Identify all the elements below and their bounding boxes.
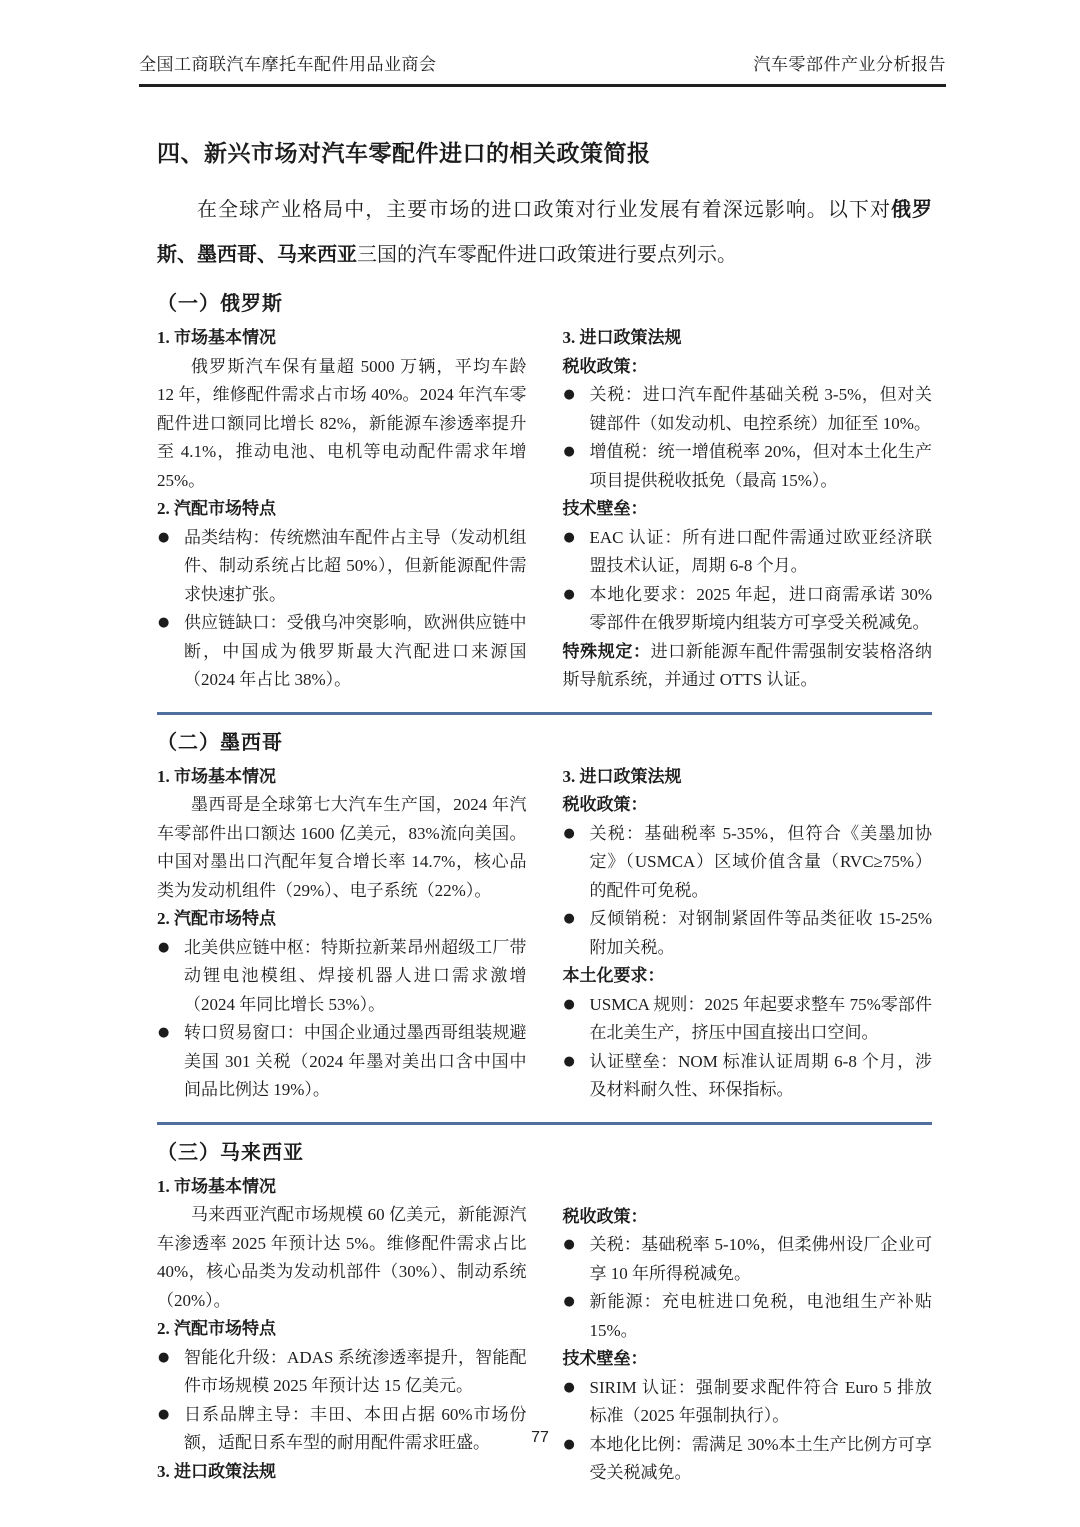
bullet-icon: ●: [158, 1019, 169, 1048]
section-left-column: 1. 市场基本情况俄罗斯汽车保有量超 5000 万辆，平均车龄 12 年，维修配…: [157, 324, 527, 695]
section-divider: [157, 1122, 932, 1125]
subheading: 3. 进口政策法规: [157, 1458, 527, 1487]
bullet-icon: ●: [564, 905, 575, 934]
section-columns: 1. 市场基本情况墨西哥是全球第七大汽车生产国，2024 年汽车零部件出口额达 …: [157, 763, 932, 1105]
body-paragraph: 墨西哥是全球第七大汽车生产国，2024 年汽车零部件出口额达 1600 亿美元，…: [157, 791, 527, 905]
bullet-text: 北美供应链中枢：特斯拉新莱昂州超级工厂带动锂电池模组、焊接机器人进口需求激增（2…: [184, 938, 527, 1014]
body-paragraph: 马来西亚汽配市场规模 60 亿美元，新能源汽车渗透率 2025 年预计达 5%。…: [157, 1201, 527, 1315]
page-body: 四、新兴市场对汽车零配件进口的相关政策简报 在全球产业格局中，主要市场的进口政策…: [157, 135, 932, 1488]
bullet-icon: ●: [564, 381, 575, 410]
bullet-text: USMCA 规则：2025 年起要求整车 75%零部件在北美生产，挤压中国直接出…: [590, 995, 933, 1043]
section-right-column: 3. 进口政策法规税收政策：●关税：基础税率 5-35%，但符合《美墨加协定》（…: [563, 763, 933, 1105]
bullet-text: 新能源：充电桩进口免税，电池组生产补贴 15%。: [590, 1292, 933, 1340]
bullet-item: ●USMCA 规则：2025 年起要求整车 75%零部件在北美生产，挤压中国直接…: [563, 991, 933, 1048]
subheading: 2. 汽配市场特点: [157, 1315, 527, 1344]
subheading: 技术壁垒：: [563, 495, 933, 524]
bullet-item: ●本地化要求：2025 年起，进口商需承诺 30%零部件在俄罗斯境内组装方可享受…: [563, 581, 933, 638]
bullet-text: 增值税：统一增值税率 20%，但对本土化生产项目提供税收抵免（最高 15%）。: [590, 442, 933, 490]
section-left-column: 1. 市场基本情况墨西哥是全球第七大汽车生产国，2024 年汽车零部件出口额达 …: [157, 763, 527, 1105]
bullet-icon: ●: [158, 934, 169, 963]
bullet-icon: ●: [564, 524, 575, 553]
bullet-icon: ●: [158, 609, 169, 638]
page-header: 全国工商联汽车摩托车配件用品业商会 汽车零部件产业分析报告: [139, 50, 946, 87]
subheading: 技术壁垒：: [563, 1345, 933, 1374]
bullet-item: ●品类结构：传统燃油车配件占主导（发动机组件、制动系统占比超 50%），但新能源…: [157, 524, 527, 610]
bullet-item: ●关税：基础税率 5-10%，但柔佛州设厂企业可享 10 年所得税减免。: [563, 1231, 933, 1288]
header-right-text: 汽车零部件产业分析报告: [754, 50, 947, 75]
lead-label: 特殊规定：: [563, 642, 651, 661]
section-russia: （一）俄罗斯 1. 市场基本情况俄罗斯汽车保有量超 5000 万辆，平均车龄 1…: [157, 288, 932, 695]
subheading: 3. 进口政策法规: [563, 763, 933, 792]
bullet-text: 关税：进口汽车配件基础关税 3-5%，但对关键部件（如发动机、电控系统）加征至 …: [590, 385, 933, 433]
bullet-item: ●反倾销税：对钢制紧固件等品类征收 15-25%附加关税。: [563, 905, 933, 962]
subheading: 税收政策：: [563, 1203, 933, 1232]
subheading: 1. 市场基本情况: [157, 763, 527, 792]
bullet-item: ●新能源：充电桩进口免税，电池组生产补贴 15%。: [563, 1288, 933, 1345]
page-number: 77: [0, 1429, 1080, 1447]
bullet-item: ●增值税：统一增值税率 20%，但对本土化生产项目提供税收抵免（最高 15%）。: [563, 438, 933, 495]
intro-paragraph: 在全球产业格局中，主要市场的进口政策对行业发展有着深远影响。以下对俄罗斯、墨西哥…: [157, 188, 932, 278]
bullet-item: ●认证壁垒：NOM 标准认证周期 6-8 个月，涉及材料耐久性、环保指标。: [563, 1048, 933, 1105]
subheading: 税收政策：: [563, 791, 933, 820]
bullet-text: 关税：基础税率 5-10%，但柔佛州设厂企业可享 10 年所得税减免。: [590, 1235, 933, 1283]
bullet-text: 供应链缺口：受俄乌冲突影响，欧洲供应链中断，中国成为俄罗斯最大汽配进口来源国（2…: [184, 613, 527, 689]
bullet-icon: ●: [564, 1374, 575, 1403]
intro-pre: 在全球产业格局中，主要市场的进口政策对行业发展有着深远影响。以下对: [197, 199, 891, 221]
section-divider: [157, 712, 932, 715]
bullet-text: SIRIM 认证：强制要求配件符合 Euro 5 排放标准（2025 年强制执行…: [590, 1378, 933, 1426]
section-heading: （一）俄罗斯: [157, 288, 932, 320]
bullet-icon: ●: [564, 1288, 575, 1317]
document-page: 全国工商联汽车摩托车配件用品业商会 汽车零部件产业分析报告 四、新兴市场对汽车零…: [0, 0, 1080, 1527]
bullet-text: 认证壁垒：NOM 标准认证周期 6-8 个月，涉及材料耐久性、环保指标。: [590, 1052, 933, 1100]
lead-paragraph: 特殊规定：进口新能源车配件需强制安装格洛纳斯导航系统，并通过 OTTS 认证。: [563, 638, 933, 695]
bullet-item: ●SIRIM 认证：强制要求配件符合 Euro 5 排放标准（2025 年强制执…: [563, 1374, 933, 1431]
bullet-item: ●关税：基础税率 5-35%，但符合《美墨加协定》（USMCA）区域价值含量（R…: [563, 820, 933, 906]
body-paragraph: 俄罗斯汽车保有量超 5000 万辆，平均车龄 12 年，维修配件需求占市场 40…: [157, 353, 527, 496]
bullet-item: ●智能化升级：ADAS 系统渗透率提升，智能配件市场规模 2025 年预计达 1…: [157, 1344, 527, 1401]
section-mexico: （二）墨西哥 1. 市场基本情况墨西哥是全球第七大汽车生产国，2024 年汽车零…: [157, 727, 932, 1105]
intro-post: 三国的汽车零配件进口政策进行要点列示。: [357, 244, 737, 266]
bullet-item: ●EAC 认证：所有进口配件需通过欧亚经济联盟技术认证，周期 6-8 个月。: [563, 524, 933, 581]
bullet-icon: ●: [564, 1231, 575, 1260]
bullet-text: 品类结构：传统燃油车配件占主导（发动机组件、制动系统占比超 50%），但新能源配…: [184, 528, 527, 604]
bullet-text: EAC 认证：所有进口配件需通过欧亚经济联盟技术认证，周期 6-8 个月。: [590, 528, 933, 576]
header-left-text: 全国工商联汽车摩托车配件用品业商会: [139, 50, 437, 75]
subheading: 2. 汽配市场特点: [157, 905, 527, 934]
bullet-text: 关税：基础税率 5-35%，但符合《美墨加协定》（USMCA）区域价值含量（RV…: [590, 824, 933, 900]
bullet-text: 反倾销税：对钢制紧固件等品类征收 15-25%附加关税。: [590, 909, 933, 957]
subheading: 2. 汽配市场特点: [157, 495, 527, 524]
bullet-icon: ●: [564, 1048, 575, 1077]
bullet-icon: ●: [564, 581, 575, 610]
section-right-column: 3. 进口政策法规税收政策：●关税：进口汽车配件基础关税 3-5%，但对关键部件…: [563, 324, 933, 695]
section-heading: （二）墨西哥: [157, 727, 932, 759]
subheading: 税收政策：: [563, 353, 933, 382]
bullet-icon: ●: [564, 991, 575, 1020]
bullet-item: ●关税：进口汽车配件基础关税 3-5%，但对关键部件（如发动机、电控系统）加征至…: [563, 381, 933, 438]
bullet-item: ●转口贸易窗口：中国企业通过墨西哥组装规避美国 301 关税（2024 年墨对美…: [157, 1019, 527, 1105]
bullet-icon: ●: [158, 524, 169, 553]
section-heading: （三）马来西亚: [157, 1137, 932, 1169]
bullet-icon: ●: [158, 1344, 169, 1373]
bullet-icon: ●: [158, 1401, 169, 1430]
bullet-item: ●供应链缺口：受俄乌冲突影响，欧洲供应链中断，中国成为俄罗斯最大汽配进口来源国（…: [157, 609, 527, 695]
bullet-icon: ●: [564, 820, 575, 849]
bullet-text: 智能化升级：ADAS 系统渗透率提升，智能配件市场规模 2025 年预计达 15…: [184, 1348, 527, 1396]
bullet-icon: ●: [564, 438, 575, 467]
bullet-item: ●北美供应链中枢：特斯拉新莱昂州超级工厂带动锂电池模组、焊接机器人进口需求激增（…: [157, 934, 527, 1020]
subheading: 本土化要求：: [563, 962, 933, 991]
bullet-text: 本地化要求：2025 年起，进口商需承诺 30%零部件在俄罗斯境内组装方可享受关…: [590, 585, 933, 633]
bullet-text: 转口贸易窗口：中国企业通过墨西哥组装规避美国 301 关税（2024 年墨对美出…: [184, 1023, 527, 1099]
subheading: 3. 进口政策法规: [563, 324, 933, 353]
page-title: 四、新兴市场对汽车零配件进口的相关政策简报: [157, 135, 932, 168]
subheading: 1. 市场基本情况: [157, 324, 527, 353]
section-columns: 1. 市场基本情况俄罗斯汽车保有量超 5000 万辆，平均车龄 12 年，维修配…: [157, 324, 932, 695]
subheading: 1. 市场基本情况: [157, 1173, 527, 1202]
